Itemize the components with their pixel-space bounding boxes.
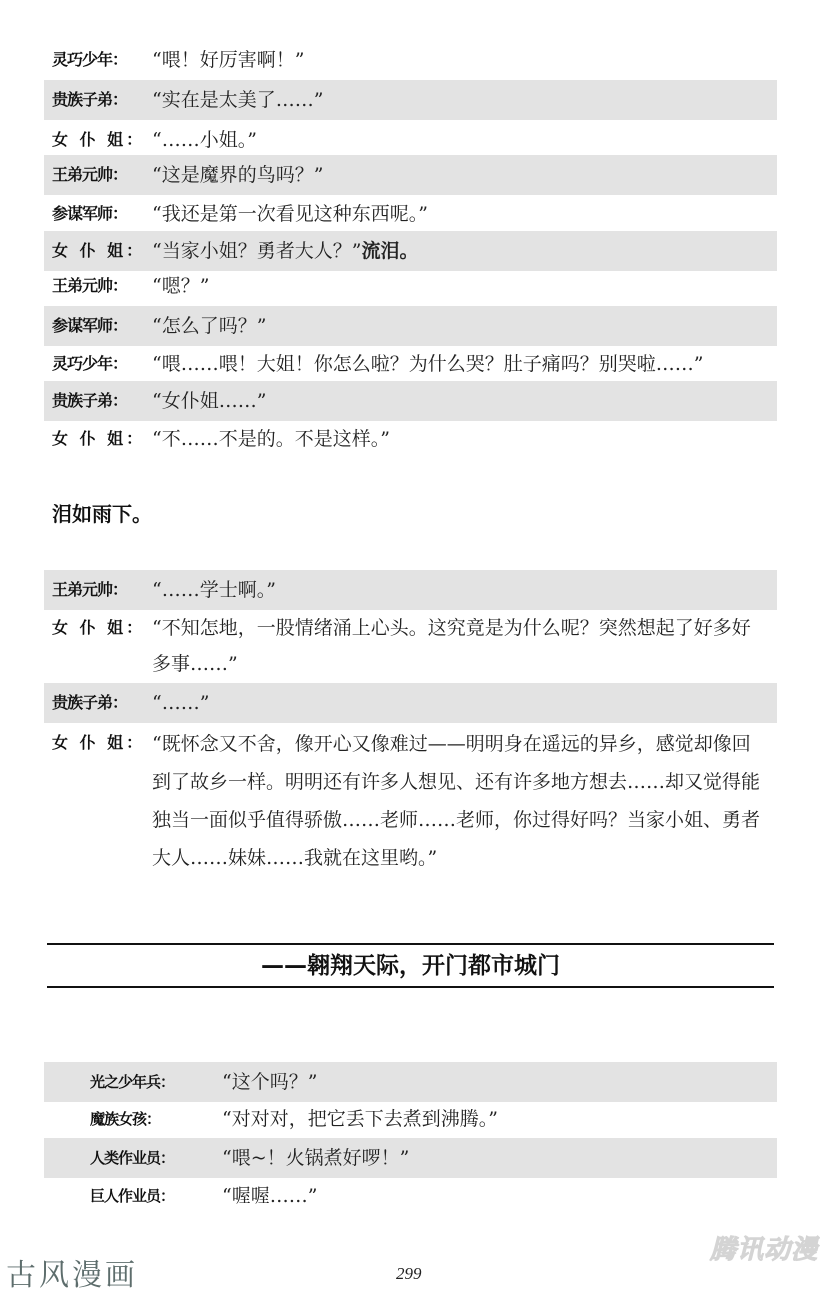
dialogue-line: “喂……喂！大姐！你怎么啦？为什么哭？肚子痛吗？别哭啦……” (152, 344, 777, 384)
speaker-name: 女 仆 姐： (44, 610, 152, 646)
dialogue-line: “当家小姐？勇者大人？”流泪。 (152, 231, 777, 271)
dialogue-row: 女 仆 姐： “当家小姐？勇者大人？”流泪。 (44, 231, 777, 271)
speaker-name: 女 仆 姐： (44, 120, 152, 160)
divider-bottom (47, 986, 774, 988)
dialogue-line: “这是魔界的鸟吗？” (152, 155, 777, 195)
dialogue-row: 女 仆 姐： “不……不是的。不是这样。” (44, 419, 777, 459)
dialogue-row: 巨人作业员： “喔喔……” (44, 1176, 777, 1216)
speaker-name: 参谋军师： (44, 194, 152, 234)
dialogue-row: 光之少年兵： “这个吗？” (44, 1062, 777, 1102)
page-number: 299 (396, 1264, 422, 1284)
dialogue-row: 人类作业员： “喂~！火锅煮好啰！” (44, 1138, 777, 1178)
speaker-name: 女 仆 姐： (44, 725, 152, 761)
dialogue-line: “实在是太美了……” (152, 80, 777, 120)
dialogue-line: “……” (152, 683, 777, 723)
speaker-name: 贵族子弟： (44, 683, 152, 723)
dialogue-line: “这个吗？” (222, 1062, 777, 1102)
divider-top (47, 943, 774, 945)
site-logo: 古风漫画 (6, 1250, 138, 1291)
speaker-name: 王弟元帅： (44, 155, 152, 195)
speaker-name: 巨人作业员： (44, 1176, 222, 1216)
dialogue-row: 女 仆 姐： “不知怎地，一股情绪涌上心头。这究竟是为什么呢？突然想起了好多好多… (44, 610, 777, 683)
dialogue-line: “女仆姐……” (152, 381, 777, 421)
dialogue-row: 王弟元帅： “嗯？” (44, 266, 777, 306)
speaker-name: 人类作业员： (44, 1138, 222, 1178)
dialogue-text: “当家小姐？勇者大人？” (152, 240, 361, 262)
speaker-name: 光之少年兵： (44, 1062, 222, 1102)
speaker-name: 女 仆 姐： (44, 231, 152, 271)
chapter-title: ——翱翔天际，开门都市城门 (47, 946, 774, 987)
narration-text: 泪如雨下。 (52, 498, 152, 527)
dialogue-row: 参谋军师： “我还是第一次看见这种东西呢。” (44, 194, 777, 234)
speaker-name: 女 仆 姐： (44, 419, 152, 459)
speaker-name: 灵巧少年： (44, 344, 152, 384)
speaker-name: 王弟元帅： (44, 266, 152, 306)
dialogue-line: “既怀念又不舍，像开心又像难过——明明身在遥远的异乡，感觉却像回到了故乡一样。明… (152, 725, 777, 877)
dialogue-row: 灵巧少年： “喂……喂！大姐！你怎么啦？为什么哭？肚子痛吗？别哭啦……” (44, 344, 777, 384)
dialogue-line: “喔喔……” (222, 1176, 777, 1216)
dialogue-row: 贵族子弟： “……” (44, 683, 777, 723)
dialogue-row: 女 仆 姐： “既怀念又不舍，像开心又像难过——明明身在遥远的异乡，感觉却像回到… (44, 725, 777, 873)
speaker-name: 王弟元帅： (44, 570, 152, 610)
dialogue-line: “喂~！火锅煮好啰！” (222, 1138, 777, 1178)
speaker-name: 贵族子弟： (44, 381, 152, 421)
dialogue-line: “不知怎地，一股情绪涌上心头。这究竟是为什么呢？突然想起了好多好多事……” (152, 610, 777, 682)
speaker-name: 灵巧少年： (44, 40, 152, 80)
dialogue-row: 魔族女孩： “对对对，把它丢下去煮到沸腾。” (44, 1099, 777, 1139)
dialogue-line: “……小姐。” (152, 120, 777, 160)
dialogue-row: 王弟元帅： “……学士啊。” (44, 570, 777, 610)
dialogue-row: 贵族子弟： “实在是太美了……” (44, 80, 777, 120)
dialogue-line: “不……不是的。不是这样。” (152, 419, 777, 459)
dialogue-line: “喂！好厉害啊！” (152, 40, 777, 80)
dialogue-row: 贵族子弟： “女仆姐……” (44, 381, 777, 421)
watermark-logo: 腾讯动漫 (710, 1229, 818, 1266)
dialogue-line: “嗯？” (152, 266, 777, 306)
dialogue-row: 女 仆 姐： “……小姐。” (44, 120, 777, 160)
dialogue-row: 王弟元帅： “这是魔界的鸟吗？” (44, 155, 777, 195)
dialogue-line: “对对对，把它丢下去煮到沸腾。” (222, 1099, 777, 1139)
dialogue-line: “我还是第一次看见这种东西呢。” (152, 194, 777, 234)
speaker-name: 魔族女孩： (44, 1099, 222, 1139)
stage-direction: 流泪。 (361, 240, 418, 262)
dialogue-row: 参谋军师： “怎么了吗？” (44, 306, 777, 346)
dialogue-row: 灵巧少年： “喂！好厉害啊！” (44, 40, 777, 80)
speaker-name: 贵族子弟： (44, 80, 152, 120)
dialogue-line: “怎么了吗？” (152, 306, 777, 346)
speaker-name: 参谋军师： (44, 306, 152, 346)
dialogue-line: “……学士啊。” (152, 570, 777, 610)
